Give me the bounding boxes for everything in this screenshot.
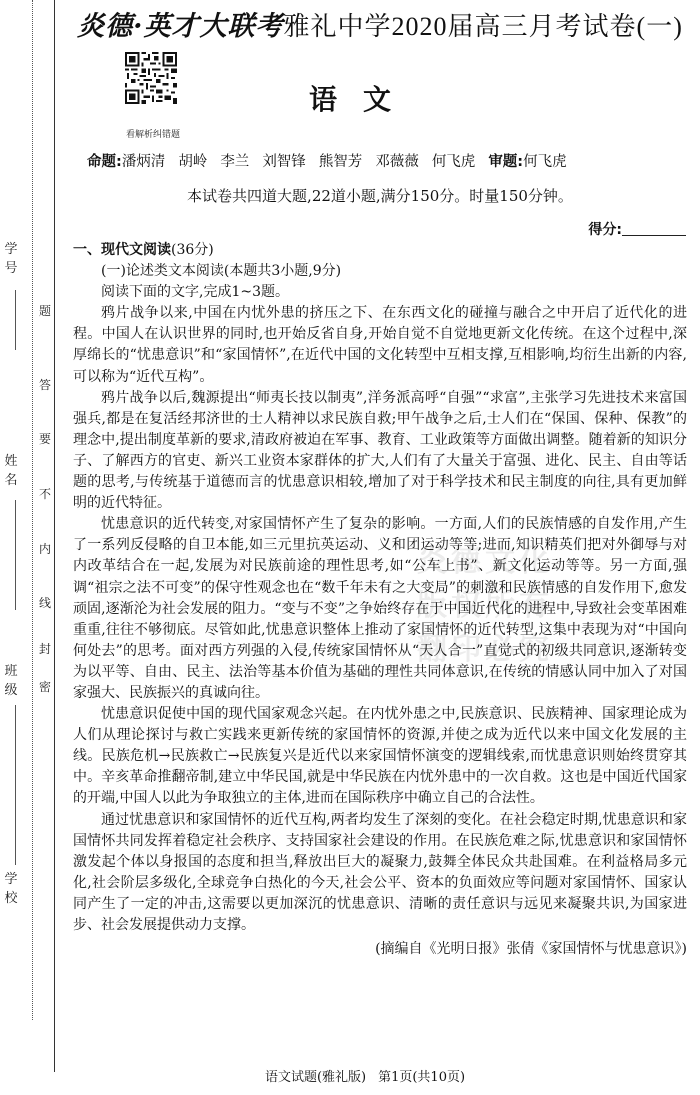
passage-source: (摘编自《光明日报》张倩《家国情怀与忧患意识》): [73, 939, 687, 960]
passage-paragraph: 忧患意识促使中国的现代国家观念兴起。在内忧外患之中,民族意识、民族精神、国家理论…: [73, 704, 687, 809]
seal-char: 线: [38, 596, 52, 610]
author-name: 李兰: [220, 154, 249, 170]
authors-line: 命题:潘炳清胡岭李兰刘智锋熊智芳邓薇薇何飞虎审题:何飞虎: [87, 150, 567, 171]
exam-name: 雅礼中学2020届高三月考试卷(一): [284, 12, 683, 41]
seal-char: 内: [38, 542, 52, 556]
seal-char: 不: [38, 487, 52, 501]
exam-title: 炎德·英才大联考雅礼中学2020届高三月考试卷(一): [60, 4, 700, 43]
author-name: 刘智锋: [262, 154, 306, 170]
author-name: 胡岭: [178, 154, 207, 170]
seal-char: 题: [38, 304, 52, 318]
subsection-heading: (一)论述类文本阅读(本题共3小题,9分): [73, 261, 687, 282]
score-label: 得分:: [588, 222, 622, 238]
class-blank[interactable]: [15, 705, 16, 865]
exam-info: 本试卷共四道大题,22道小题,满分150分。时量150分钟。: [0, 185, 700, 206]
passage-paragraph: 通过忧患意识和家国情怀的近代互构,两者均发生了深刻的变化。在社会稳定时期,忧患意…: [73, 810, 687, 937]
author-name: 何飞虎: [432, 154, 476, 170]
seal-char: 要: [38, 432, 52, 446]
footer-paper-name: 语文试题(雅礼版): [265, 1070, 366, 1085]
author-name: 邓薇薇: [375, 154, 419, 170]
exam-brand: 炎德·英才大联考: [77, 11, 283, 42]
score-box: 得分:: [588, 219, 686, 239]
binding-margin: 学号 姓名 班级 学校 题 答 要 不 内 线 封 密: [0, 0, 60, 1095]
passage-paragraph: 鸦片战争以后,魏源提出“师夷长技以制夷”,洋务派高呼“自强”“求富”,主张学习先…: [73, 388, 687, 515]
authors-label: 命题:: [87, 154, 122, 170]
page-footer: 语文试题(雅礼版)第1页(共10页): [0, 1066, 700, 1085]
field-label-school: 学校: [4, 868, 18, 906]
seal-char: 封: [38, 642, 52, 656]
section-heading: 一、现代文阅读(36分): [73, 240, 687, 261]
passage-paragraph: 鸦片战争以来,中国在内忧外患的挤压之下、在东西文化的碰撞与融合之中开启了近代化的…: [73, 303, 687, 387]
passage-paragraph: 忧患意识的近代转变,对家国情怀产生了复杂的影响。一方面,人们的民族情感的自发作用…: [73, 514, 687, 704]
seal-char: 答: [38, 378, 52, 392]
author-name: 潘炳清: [122, 154, 166, 170]
seal-char: 密: [38, 680, 52, 694]
reading-section: 一、现代文阅读(36分) (一)论述类文本阅读(本题共3小题,9分) 阅读下面的…: [73, 240, 687, 960]
field-label-name: 姓名: [4, 450, 18, 488]
name-blank[interactable]: [15, 500, 16, 610]
fold-dotted-line: [32, 0, 33, 1020]
reviewer-label: 审题:: [488, 154, 523, 170]
instruction: 阅读下面的文字,完成1~3题。: [73, 282, 687, 303]
student-number-blank[interactable]: [15, 290, 16, 350]
field-label-student-number: 学号: [4, 238, 18, 276]
qr-caption: 看解析纠错题: [118, 127, 188, 140]
field-label-class: 班级: [4, 660, 18, 698]
margin-border-line: [54, 0, 55, 1072]
author-name: 熊智芳: [319, 154, 363, 170]
subject-title: 语文: [0, 78, 700, 118]
score-blank[interactable]: [622, 221, 686, 236]
footer-page-info: 第1页(共10页): [378, 1070, 465, 1085]
reviewer-name: 何飞虎: [523, 154, 567, 170]
